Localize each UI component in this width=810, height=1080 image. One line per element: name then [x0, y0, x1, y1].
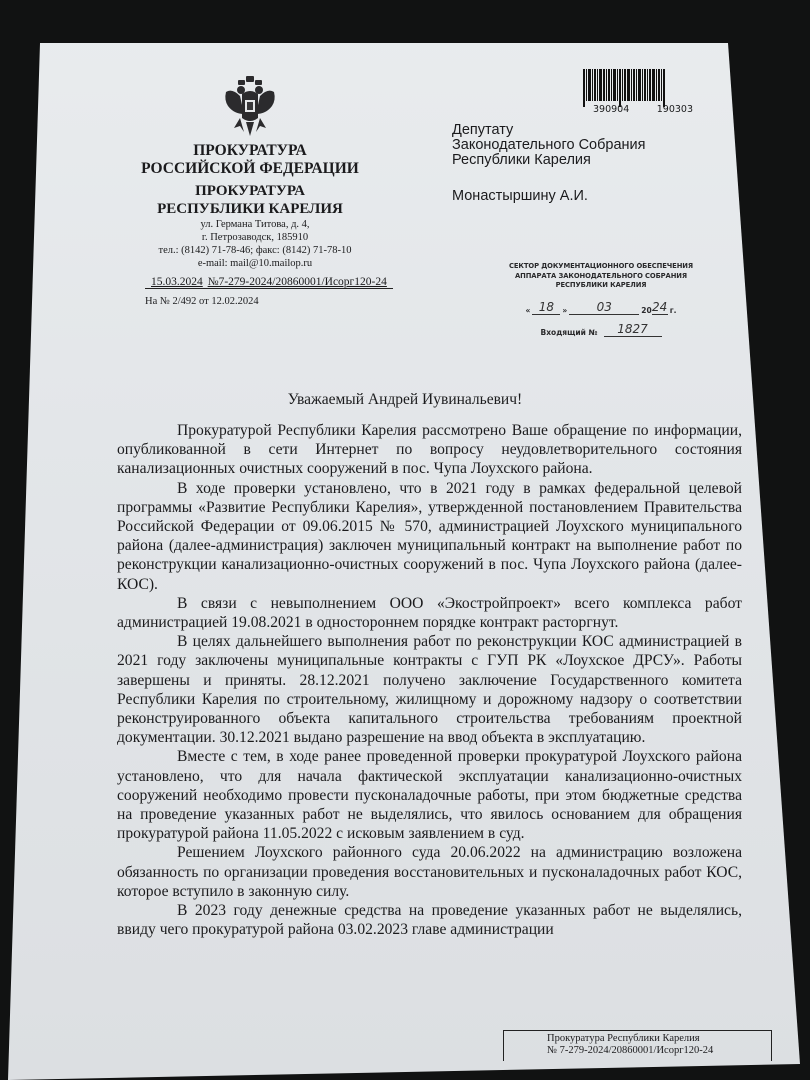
outgoing-registration: 15.03.2024 №7-279-2024/20860001/Исорг120…: [145, 276, 387, 288]
letter-paragraph: В связи с невыполнением ООО «Экостройпро…: [117, 594, 742, 632]
stamp-day: 18: [532, 301, 560, 315]
addressee-region: Республики Карелия: [452, 153, 646, 168]
russian-coat-of-arms-icon: [222, 74, 278, 138]
stamp-date: « 18 » 03 2024г.: [508, 301, 694, 315]
org-name-line1: ПРОКУРАТУРА: [130, 142, 370, 160]
registration-stamp: СЕКТОР ДОКУМЕНТАЦИОННОГО ОБЕСПЕЧЕНИЯ АПП…: [508, 262, 694, 337]
barcode-digits: 390904 190303: [593, 104, 693, 115]
org-address: ул. Германа Титова, д. 4, г. Петрозаводс…: [150, 218, 360, 270]
letter-paragraph: В целях дальнейшего выполнения работ по …: [117, 632, 742, 747]
stamp-month: 03: [569, 301, 639, 315]
letter-sheet: ПРОКУРАТУРА РОССИЙСКОЙ ФЕДЕРАЦИИ ПРОКУРА…: [0, 0, 810, 1080]
footer-number: № 7-279-2024/20860001/Исорг120-24: [547, 1045, 713, 1057]
address-phone: тел.: (8142) 71-78-46; факс: (8142) 71-7…: [150, 244, 360, 257]
address-email: e-mail: mail@10.mailop.ru: [150, 257, 360, 270]
stamp-line3: РЕСПУБЛИКИ КАРЕЛИЯ: [508, 281, 694, 291]
stamp-year-unit: г.: [670, 306, 677, 315]
suborg-name: ПРОКУРАТУРА РЕСПУБЛИКИ КАРЕЛИЯ: [130, 182, 370, 218]
footer-registration-box: Прокуратура Республики Карелия № 7-279-2…: [503, 1030, 772, 1061]
stamp-year-suffix: 24: [652, 301, 668, 315]
letter-paragraph: В ходе проверки установлено, что в 2021 …: [117, 479, 742, 594]
footer-org: Прокуратура Республики Карелия: [547, 1033, 713, 1045]
addressee-name: Монастыршину А.И.: [452, 189, 646, 204]
outgoing-number: №7-279-2024/20860001/Исорг120-24: [208, 276, 387, 288]
letter-paragraph: Прокуратурой Республики Карелия рассмотр…: [117, 421, 742, 479]
reference-number: На № 2/492 от 12.02.2024: [145, 296, 259, 307]
letter-body: Прокуратурой Республики Карелия рассмотр…: [117, 421, 742, 939]
stamp-incoming: Входящий № 1827: [508, 323, 694, 337]
stamp-incoming-number: 1827: [604, 323, 662, 337]
address-city: г. Петрозаводск, 185910: [150, 231, 360, 244]
letter-paragraph: Вместе с тем, в ходе ранее проведенной п…: [117, 747, 742, 843]
suborg-name-line1: ПРОКУРАТУРА: [130, 182, 370, 200]
addressee-block: Депутату Законодательного Собрания Респу…: [452, 123, 646, 204]
letter-paragraph: В 2023 году денежные средства на проведе…: [117, 901, 742, 939]
stamp-line2: АППАРАТА ЗАКОНОДАТЕЛЬНОГО СОБРАНИЯ: [508, 272, 694, 282]
addressee-title: Депутату: [452, 123, 646, 138]
outgoing-date: 15.03.2024: [145, 276, 205, 288]
stamp-year-prefix: 20: [641, 306, 651, 315]
barcode: [583, 69, 689, 107]
org-name-line2: РОССИЙСКОЙ ФЕДЕРАЦИИ: [130, 160, 370, 178]
barcode-right-digits: 190303: [657, 104, 693, 115]
address-street: ул. Германа Титова, д. 4,: [150, 218, 360, 231]
stamp-incoming-label: Входящий №: [540, 328, 597, 337]
org-name: ПРОКУРАТУРА РОССИЙСКОЙ ФЕДЕРАЦИИ: [130, 142, 370, 178]
suborg-name-line2: РЕСПУБЛИКИ КАРЕЛИЯ: [130, 200, 370, 218]
addressee-body: Законодательного Собрания: [452, 138, 646, 153]
stamp-line1: СЕКТОР ДОКУМЕНТАЦИОННОГО ОБЕСПЕЧЕНИЯ: [508, 262, 694, 272]
letter-paragraph: Решением Лоухского районного суда 20.06.…: [117, 843, 742, 901]
barcode-left-digits: 390904: [593, 104, 629, 115]
letter-greeting: Уважаемый Андрей Иувинальевич!: [0, 391, 810, 409]
